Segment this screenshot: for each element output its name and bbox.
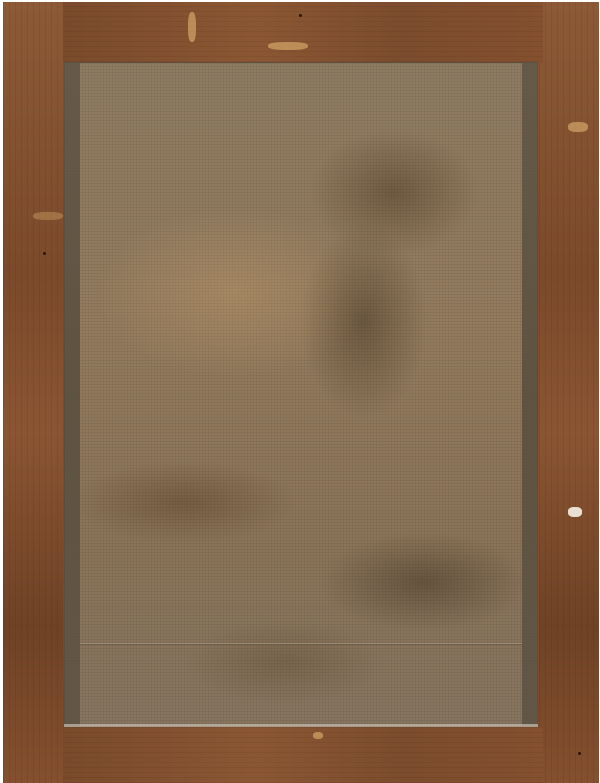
wood-wear-mark [568, 507, 582, 517]
frame-left-stile [3, 2, 63, 783]
wood-wear-mark [33, 212, 63, 220]
canvas-tacking-edge-right [522, 62, 538, 727]
wood-wear-mark [188, 12, 196, 42]
canvas-seam-line [80, 643, 522, 645]
nail-hole [578, 752, 581, 755]
canvas-tacking-edge-left [64, 62, 80, 727]
wooden-frame [3, 2, 599, 783]
nail-hole [43, 252, 46, 255]
linen-canvas [64, 62, 538, 727]
frame-bottom-rail [63, 727, 543, 783]
frame-top-rail [63, 2, 543, 62]
nail-hole [299, 14, 302, 17]
frame-right-stile [539, 2, 599, 783]
wood-wear-mark [568, 122, 588, 132]
canvas-bottom-edge [64, 724, 538, 727]
wood-wear-mark [313, 732, 323, 739]
painting-back-photo [0, 0, 600, 783]
wood-wear-mark [268, 42, 308, 50]
